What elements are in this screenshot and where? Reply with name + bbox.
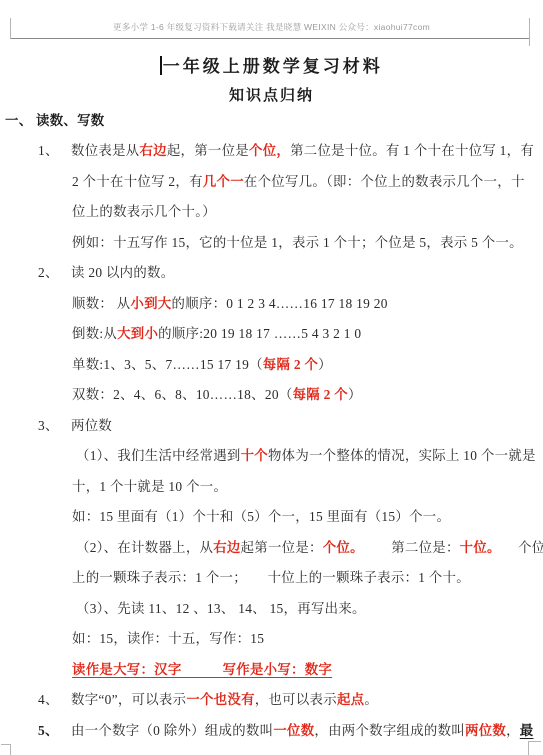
text-segment: 如：15 里面有（1）个十和（5）个一，15 里面有（15）个一。 (72, 506, 450, 525)
margin-mark-top-left (10, 18, 11, 39)
text-segment: 上的一颗珠子表示：1 个一； 十位上的一颗珠子表示：1 个十。 (72, 567, 470, 586)
text-segment: ， (506, 720, 520, 739)
text-segment: （3）、先读 11、12 、13、 14、 15，再写出来。 (76, 598, 366, 617)
text-segment: 例如：十五写作 15，它的十位是 1，表示 1 个十；个位是 5，表示 5 个一… (72, 232, 523, 251)
highlight-segment: 起点 (337, 689, 364, 708)
highlight-segment: 每隔 2 个 (293, 384, 348, 403)
text-segment: （2）、在计数器上，从 (76, 537, 213, 556)
text-segment: ，也可以表示 (255, 689, 337, 708)
list-number: 2、 (38, 262, 71, 281)
text-segment: 单数:1、3、5、7……15 17 19（ (72, 354, 263, 373)
highlight-segment: 小到大 (130, 293, 171, 312)
highlight-segment: 右边 (213, 537, 240, 556)
document-body: 一、 读数、写数1、数位表是从右边起，第一位是个位，第二位是十位。有 1 个十在… (0, 104, 543, 745)
text-segment: 的顺序：0 1 2 3 4……16 17 18 19 20 (172, 293, 388, 312)
text-line: 5、由一个数字（0 除外）组成的数叫一位数，由两个数字组成的数叫两位数，最 (0, 714, 543, 745)
highlight-segment: 个位， (249, 140, 290, 159)
margin-mark-top-right (529, 18, 530, 46)
text-line: （2）、在计数器上，从右边起第一位是：个位。 第二位是：十位。 个位 (0, 531, 543, 562)
text-segment: 个位 (501, 537, 543, 556)
text-line: 1、数位表是从右边起，第一位是个位，第二位是十位。有 1 个十在十位写 1，有 (0, 135, 543, 166)
highlight-segment: 右边 (139, 140, 166, 159)
text-segment: 数位表是从 (71, 140, 139, 159)
highlight-segment: 最 (520, 720, 534, 739)
list-number: 4、 (38, 689, 71, 708)
text-line: 读作是大写：汉字 写作是小写：数字 (0, 653, 543, 684)
text-segment: 两位数 (71, 415, 112, 434)
page-header-text: 更多小学 1-6 年级复习资料下载请关注 我是晓慧 WEIXIN 公众号：xia… (0, 21, 543, 33)
text-segment: 顺数： 从 (72, 293, 130, 312)
text-line: 十，1 个十就是 10 个一。 (0, 470, 543, 501)
text-line: 单数:1、3、5、7……15 17 19（每隔 2 个） (0, 348, 543, 379)
text-line: 倒数:从大到小的顺序:20 19 18 17 ……5 4 3 2 1 0 (0, 318, 543, 349)
text-cursor (160, 56, 162, 75)
text-line: 顺数： 从小到大的顺序：0 1 2 3 4……16 17 18 19 20 (0, 287, 543, 318)
text-segment: 如：15，读作：十五，写作：15 (72, 628, 264, 647)
highlight-segment: 一个也没有 (186, 689, 254, 708)
text-line: 一、 读数、写数 (0, 104, 543, 135)
text-line: 2、读 20 以内的数。 (0, 257, 543, 288)
text-segment: 位上的数表示几个十。） (72, 201, 216, 220)
text-line: 位上的数表示几个十。） (0, 196, 543, 227)
text-segment: 。 (364, 689, 378, 708)
text-segment: ） (348, 384, 362, 403)
text-segment: 的顺序:20 19 18 17 ……5 4 3 2 1 0 (158, 323, 361, 342)
text-segment: 十，1 个十就是 10 个一。 (72, 476, 227, 495)
text-segment: 起第一位是： (241, 537, 323, 556)
text-segment: ，由两个数字组成的数叫 (314, 720, 465, 739)
text-segment: 起，第一位是 (167, 140, 249, 159)
text-line: 上的一颗珠子表示：1 个一； 十位上的一颗珠子表示：1 个十。 (0, 562, 543, 593)
text-segment: 第二位是十位。有 1 个十在十位写 1，有 (290, 140, 534, 159)
document-subtitle: 知识点归纳 (0, 84, 543, 105)
text-segment: 倒数:从 (72, 323, 117, 342)
highlight-segment: 十个 (241, 445, 268, 464)
text-line: 如：15 里面有（1）个十和（5）个一，15 里面有（15）个一。 (0, 501, 543, 532)
text-segment: 物体为一个整体的情况，实际上 10 个一就是 (268, 445, 536, 464)
text-segment: ） (318, 354, 332, 373)
text-segment: （1）、我们生活中经常遇到 (76, 445, 241, 464)
list-number: 5、 (38, 720, 71, 739)
text-segment: 2 个十在十位写 2，有 (72, 171, 203, 190)
text-segment: 读 20 以内的数。 (71, 262, 174, 281)
highlight-segment: 每隔 2 个 (263, 354, 318, 373)
highlight-segment: 一、 读数、写数 (5, 110, 104, 129)
document-title-row: 一年级上册数学复习材料 (0, 52, 543, 77)
highlight-segment: 两位数 (465, 720, 506, 739)
highlight-segment: 几个一 (203, 171, 244, 190)
highlight-segment: 个位。 (323, 537, 364, 556)
text-segment: 由一个数字（0 除外）组成的数叫 (71, 720, 273, 739)
text-segment: 第二位是： (364, 537, 460, 556)
document-title: 一年级上册数学复习材料 (163, 57, 383, 76)
text-line: 4、数字“0”，可以表示一个也没有，也可以表示起点。 (0, 684, 543, 715)
highlight-segment: 一位数 (273, 720, 314, 739)
text-segment: 双数：2、4、6、8、10……18、20（ (72, 384, 293, 403)
text-segment: 在个位写几。（即：个位上的数表示几个一，十 (244, 171, 525, 190)
text-line: （3）、先读 11、12 、13、 14、 15，再写出来。 (0, 592, 543, 623)
text-line: 3、两位数 (0, 409, 543, 440)
header-rule (10, 38, 529, 39)
list-number: 1、 (38, 140, 71, 159)
text-line: 如：15，读作：十五，写作：15 (0, 623, 543, 654)
highlight-segment: 十位。 (460, 537, 501, 556)
highlight-segment: 读作是大写：汉字 写作是小写：数字 (72, 659, 332, 678)
text-line: （1）、我们生活中经常遇到十个物体为一个整体的情况，实际上 10 个一就是 (0, 440, 543, 471)
highlight-segment: 大到小 (117, 323, 158, 342)
text-line: 2 个十在十位写 2，有几个一在个位写几。（即：个位上的数表示几个一，十 (0, 165, 543, 196)
text-segment: 数字“0”，可以表示 (71, 689, 186, 708)
text-line: 双数：2、4、6、8、10……18、20（每隔 2 个） (0, 379, 543, 410)
margin-mark-bottom-left-v (10, 744, 11, 755)
list-number: 3、 (38, 415, 71, 434)
text-line: 例如：十五写作 15，它的十位是 1，表示 1 个十；个位是 5，表示 5 个一… (0, 226, 543, 257)
document-page: 更多小学 1-6 年级复习资料下载请关注 我是晓慧 WEIXIN 公众号：xia… (0, 0, 543, 755)
